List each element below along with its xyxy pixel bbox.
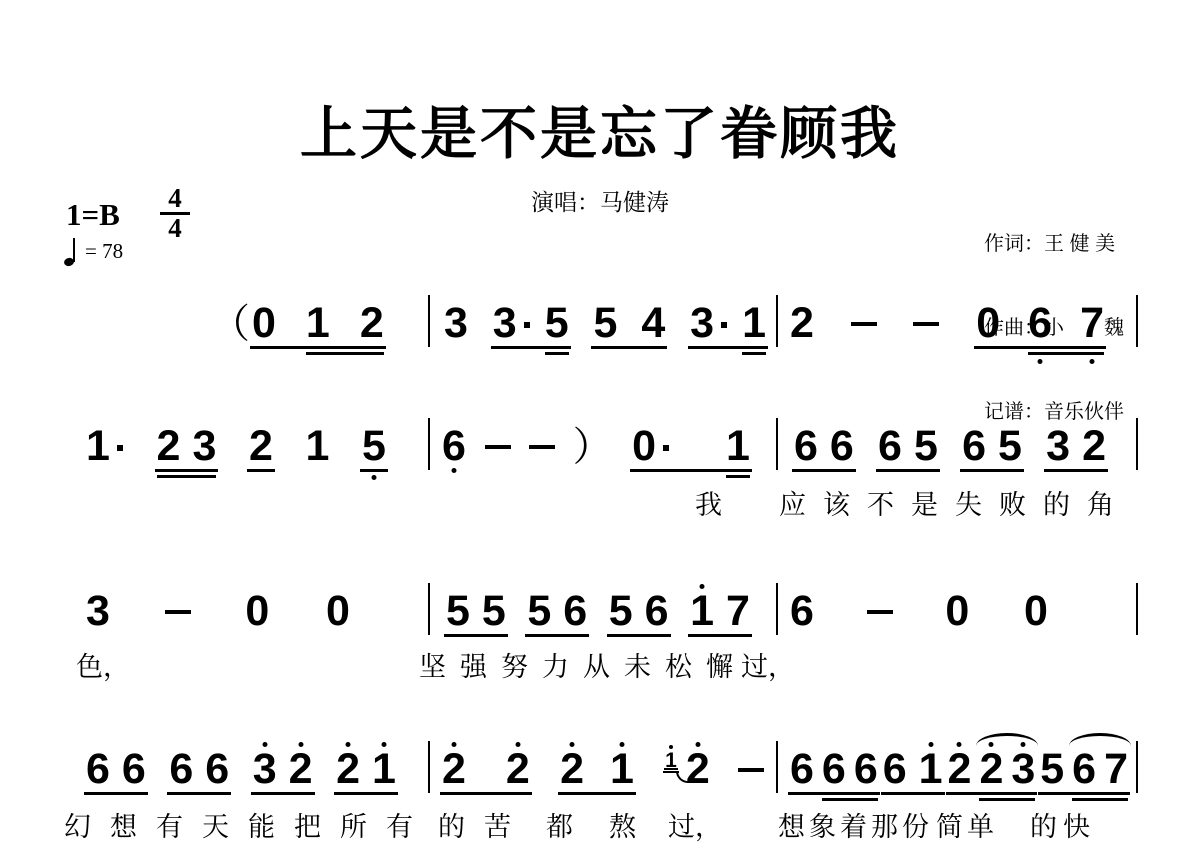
- note: 2: [249, 430, 273, 462]
- note: 3: [192, 430, 216, 462]
- note: 1: [86, 430, 110, 462]
- barline: [1136, 295, 1138, 347]
- note: 2: [289, 753, 313, 785]
- augmentation-dot-icon: [117, 445, 123, 451]
- score-line: 6666322122211266661223567: [80, 741, 1138, 795]
- sheet-music-page: 上天是不是忘了眷顾我 演唱：马健涛 作词：王 健 美 作曲：小 魏 记谱：音乐伙…: [0, 0, 1200, 850]
- note: 3: [253, 753, 277, 785]
- note: 3: [1011, 753, 1035, 785]
- beam-group: 6: [788, 595, 816, 637]
- note: 2: [336, 753, 360, 785]
- note: 0: [252, 307, 276, 339]
- note: 2: [948, 753, 972, 785]
- augmentation-dot-icon: [721, 322, 727, 328]
- measure: 66661223567: [778, 753, 1136, 795]
- note: 0: [326, 595, 350, 627]
- close-parenthesis: ）: [573, 430, 613, 472]
- note: 2: [979, 753, 1003, 785]
- beam-group: 0: [1022, 595, 1050, 637]
- note: 7: [726, 595, 750, 627]
- note: 6: [830, 430, 854, 462]
- beam-group: 223: [946, 753, 1038, 795]
- key-signature: 1=B: [66, 197, 120, 233]
- time-numerator: 4: [158, 186, 192, 211]
- grace-underline: [663, 771, 679, 773]
- beam-group: 56: [607, 595, 671, 637]
- barline: [1136, 583, 1138, 635]
- beam-group: 17: [688, 595, 752, 637]
- note: 1: [306, 307, 330, 339]
- note: 1: [919, 753, 943, 785]
- time-denominator: 4: [158, 216, 192, 241]
- note: 1: [742, 307, 766, 339]
- note: 6: [822, 753, 846, 785]
- note: 2: [686, 753, 710, 785]
- note: 6: [645, 595, 669, 627]
- note: 6: [790, 753, 814, 785]
- note: 6: [122, 753, 146, 785]
- note: 4: [641, 307, 665, 339]
- note: 5: [998, 430, 1022, 462]
- beam-group: 55: [444, 595, 508, 637]
- lyric-segment: 简单: [936, 805, 998, 844]
- beam-group: 22: [440, 753, 532, 795]
- measure: 66656532: [778, 430, 1136, 472]
- dash-extension: [529, 445, 555, 449]
- beam-group: 65: [876, 430, 940, 472]
- beam-subgroup: 23: [157, 430, 217, 462]
- augmentation-dot-icon: [524, 322, 530, 328]
- note: 7: [1104, 753, 1128, 785]
- measure: 2067: [778, 307, 1136, 349]
- dash-extension: [165, 610, 191, 614]
- note: 1: [726, 430, 750, 462]
- dash-extension: [485, 445, 511, 449]
- beam-group: 54: [591, 307, 667, 349]
- beam-group: 21: [558, 753, 636, 795]
- beam-group: 1: [84, 430, 126, 472]
- note: 1: [372, 753, 396, 785]
- note: 0: [945, 595, 969, 627]
- note: 6: [86, 753, 110, 785]
- note: 5: [593, 307, 617, 339]
- note: 0: [632, 430, 656, 462]
- note: 2: [360, 307, 384, 339]
- score-line: 30055565617600: [80, 583, 1138, 637]
- lyric-segment: 过，: [668, 805, 722, 844]
- beam-subgroup: 67: [1028, 307, 1104, 339]
- beam-group: 0: [943, 595, 971, 637]
- measure: 3355431: [430, 307, 776, 349]
- lyricist-credit: 作词：王 健 美: [984, 230, 1124, 258]
- beam-subgroup: 23: [979, 753, 1035, 785]
- dash-extension: [738, 768, 764, 772]
- lyric-segment: 的快: [1030, 805, 1096, 844]
- lyric-segment: 坚强努力从未松懈: [419, 645, 747, 684]
- measure: （012: [80, 307, 428, 349]
- beam-group: 23: [155, 430, 219, 472]
- note: 2: [790, 307, 814, 339]
- beam-group: 666: [788, 753, 880, 795]
- time-signature: 4 4: [158, 186, 192, 241]
- beam-group: 567: [1038, 753, 1130, 795]
- beam-group: 2: [788, 307, 816, 349]
- note: 0: [976, 307, 1000, 339]
- measure: 300: [80, 595, 428, 637]
- beam-group: 32: [1044, 430, 1108, 472]
- note: 3: [1046, 430, 1070, 462]
- barline: [1136, 741, 1138, 793]
- lyric-segment: 色，: [76, 645, 130, 684]
- beam-subgroup: 5: [545, 307, 569, 339]
- barline: [1136, 418, 1138, 470]
- note: 6: [563, 595, 587, 627]
- beam-group: 01: [630, 430, 752, 472]
- note: 6: [794, 430, 818, 462]
- measure: 123215: [80, 430, 428, 472]
- note: 1: [306, 430, 330, 462]
- note: 5: [362, 430, 386, 462]
- measure: 6）01: [430, 430, 776, 472]
- note: 6: [790, 595, 814, 627]
- beam-subgroup: 12: [306, 307, 384, 339]
- beam-subgroup: 67: [1072, 753, 1128, 785]
- note: 0: [245, 595, 269, 627]
- beam-group: 6: [440, 430, 468, 472]
- measure: 66663221: [80, 753, 428, 795]
- note: 2: [442, 753, 466, 785]
- note: 5: [545, 307, 569, 339]
- note: 5: [1040, 753, 1064, 785]
- lyric-segment: 幻想有天能把所有: [64, 805, 432, 844]
- beam-group: 65: [960, 430, 1024, 472]
- note: 2: [1082, 430, 1106, 462]
- note: 3: [444, 307, 468, 339]
- grace-note: 1: [664, 753, 678, 770]
- lyric-segment: 的: [438, 805, 465, 844]
- beam-group: 21: [334, 753, 398, 795]
- beam-group: 35: [491, 307, 571, 349]
- lyric-segment: 熬: [609, 805, 636, 844]
- note: 2: [157, 430, 181, 462]
- note: 5: [914, 430, 938, 462]
- beam-group: 0: [243, 595, 271, 637]
- note: 3: [493, 307, 517, 339]
- note: 2: [506, 753, 530, 785]
- lyric-segment: 苦: [484, 805, 511, 844]
- lyric-segment: 想象着那份: [778, 805, 933, 844]
- lyric-segment: 应该不是失败的角: [779, 483, 1131, 522]
- open-parenthesis: （: [210, 307, 250, 349]
- note: 3: [690, 307, 714, 339]
- beam-group: 5: [360, 430, 388, 472]
- note: 6: [878, 430, 902, 462]
- note: 6: [883, 753, 907, 785]
- note: 6: [1028, 307, 1052, 339]
- measure: 55565617: [430, 595, 776, 637]
- page-title: 上天是不是忘了眷顾我: [0, 88, 1200, 170]
- note: 0: [1024, 595, 1048, 627]
- note: 1: [690, 595, 714, 627]
- tempo-value: = 78: [85, 239, 123, 266]
- beam-subgroup: 1: [726, 430, 750, 462]
- beam-group: 0: [324, 595, 352, 637]
- note: 6: [205, 753, 229, 785]
- note: 6: [854, 753, 878, 785]
- tempo-marking: = 78: [64, 238, 123, 266]
- quarter-note-icon: [64, 238, 77, 266]
- note: 2: [560, 753, 584, 785]
- beam-subgroup: 66: [822, 753, 878, 785]
- measure: 222112: [430, 753, 776, 795]
- note: 5: [482, 595, 506, 627]
- note: 5: [446, 595, 470, 627]
- beam-group: 66: [792, 430, 856, 472]
- beam-group: 3: [442, 307, 470, 349]
- beam-group: 067: [974, 307, 1106, 349]
- dash-extension: [913, 322, 939, 326]
- beam-group: 12: [662, 753, 712, 795]
- score-line: 1232156）0166656532: [80, 418, 1138, 472]
- lyric-segment: 过，: [741, 645, 795, 684]
- dash-extension: [851, 322, 877, 326]
- note: 5: [527, 595, 551, 627]
- note: 7: [1080, 307, 1104, 339]
- beam-group: 32: [251, 753, 315, 795]
- note: 3: [86, 595, 110, 627]
- lyric-segment: 都: [546, 805, 573, 844]
- note: 1: [610, 753, 634, 785]
- beam-group: 1: [304, 430, 332, 472]
- dash-extension: [867, 610, 893, 614]
- beam-subgroup: 1: [742, 307, 766, 339]
- beam-group: 012: [250, 307, 386, 349]
- beam-group: 56: [525, 595, 589, 637]
- beam-group: 2: [247, 430, 275, 472]
- beam-group: 66: [84, 753, 148, 795]
- note: 6: [962, 430, 986, 462]
- beam-group: 66: [167, 753, 231, 795]
- score-line: （01233554312067: [80, 295, 1138, 349]
- augmentation-dot-icon: [663, 445, 669, 451]
- beam-group: 31: [688, 307, 768, 349]
- beam-group: 61: [881, 753, 945, 795]
- measure: 600: [778, 595, 1136, 637]
- note: 6: [169, 753, 193, 785]
- note: 6: [1072, 753, 1096, 785]
- lyric-segment: 我: [695, 483, 722, 522]
- beam-group: 3: [84, 595, 112, 637]
- note: 5: [609, 595, 633, 627]
- note: 6: [442, 430, 466, 462]
